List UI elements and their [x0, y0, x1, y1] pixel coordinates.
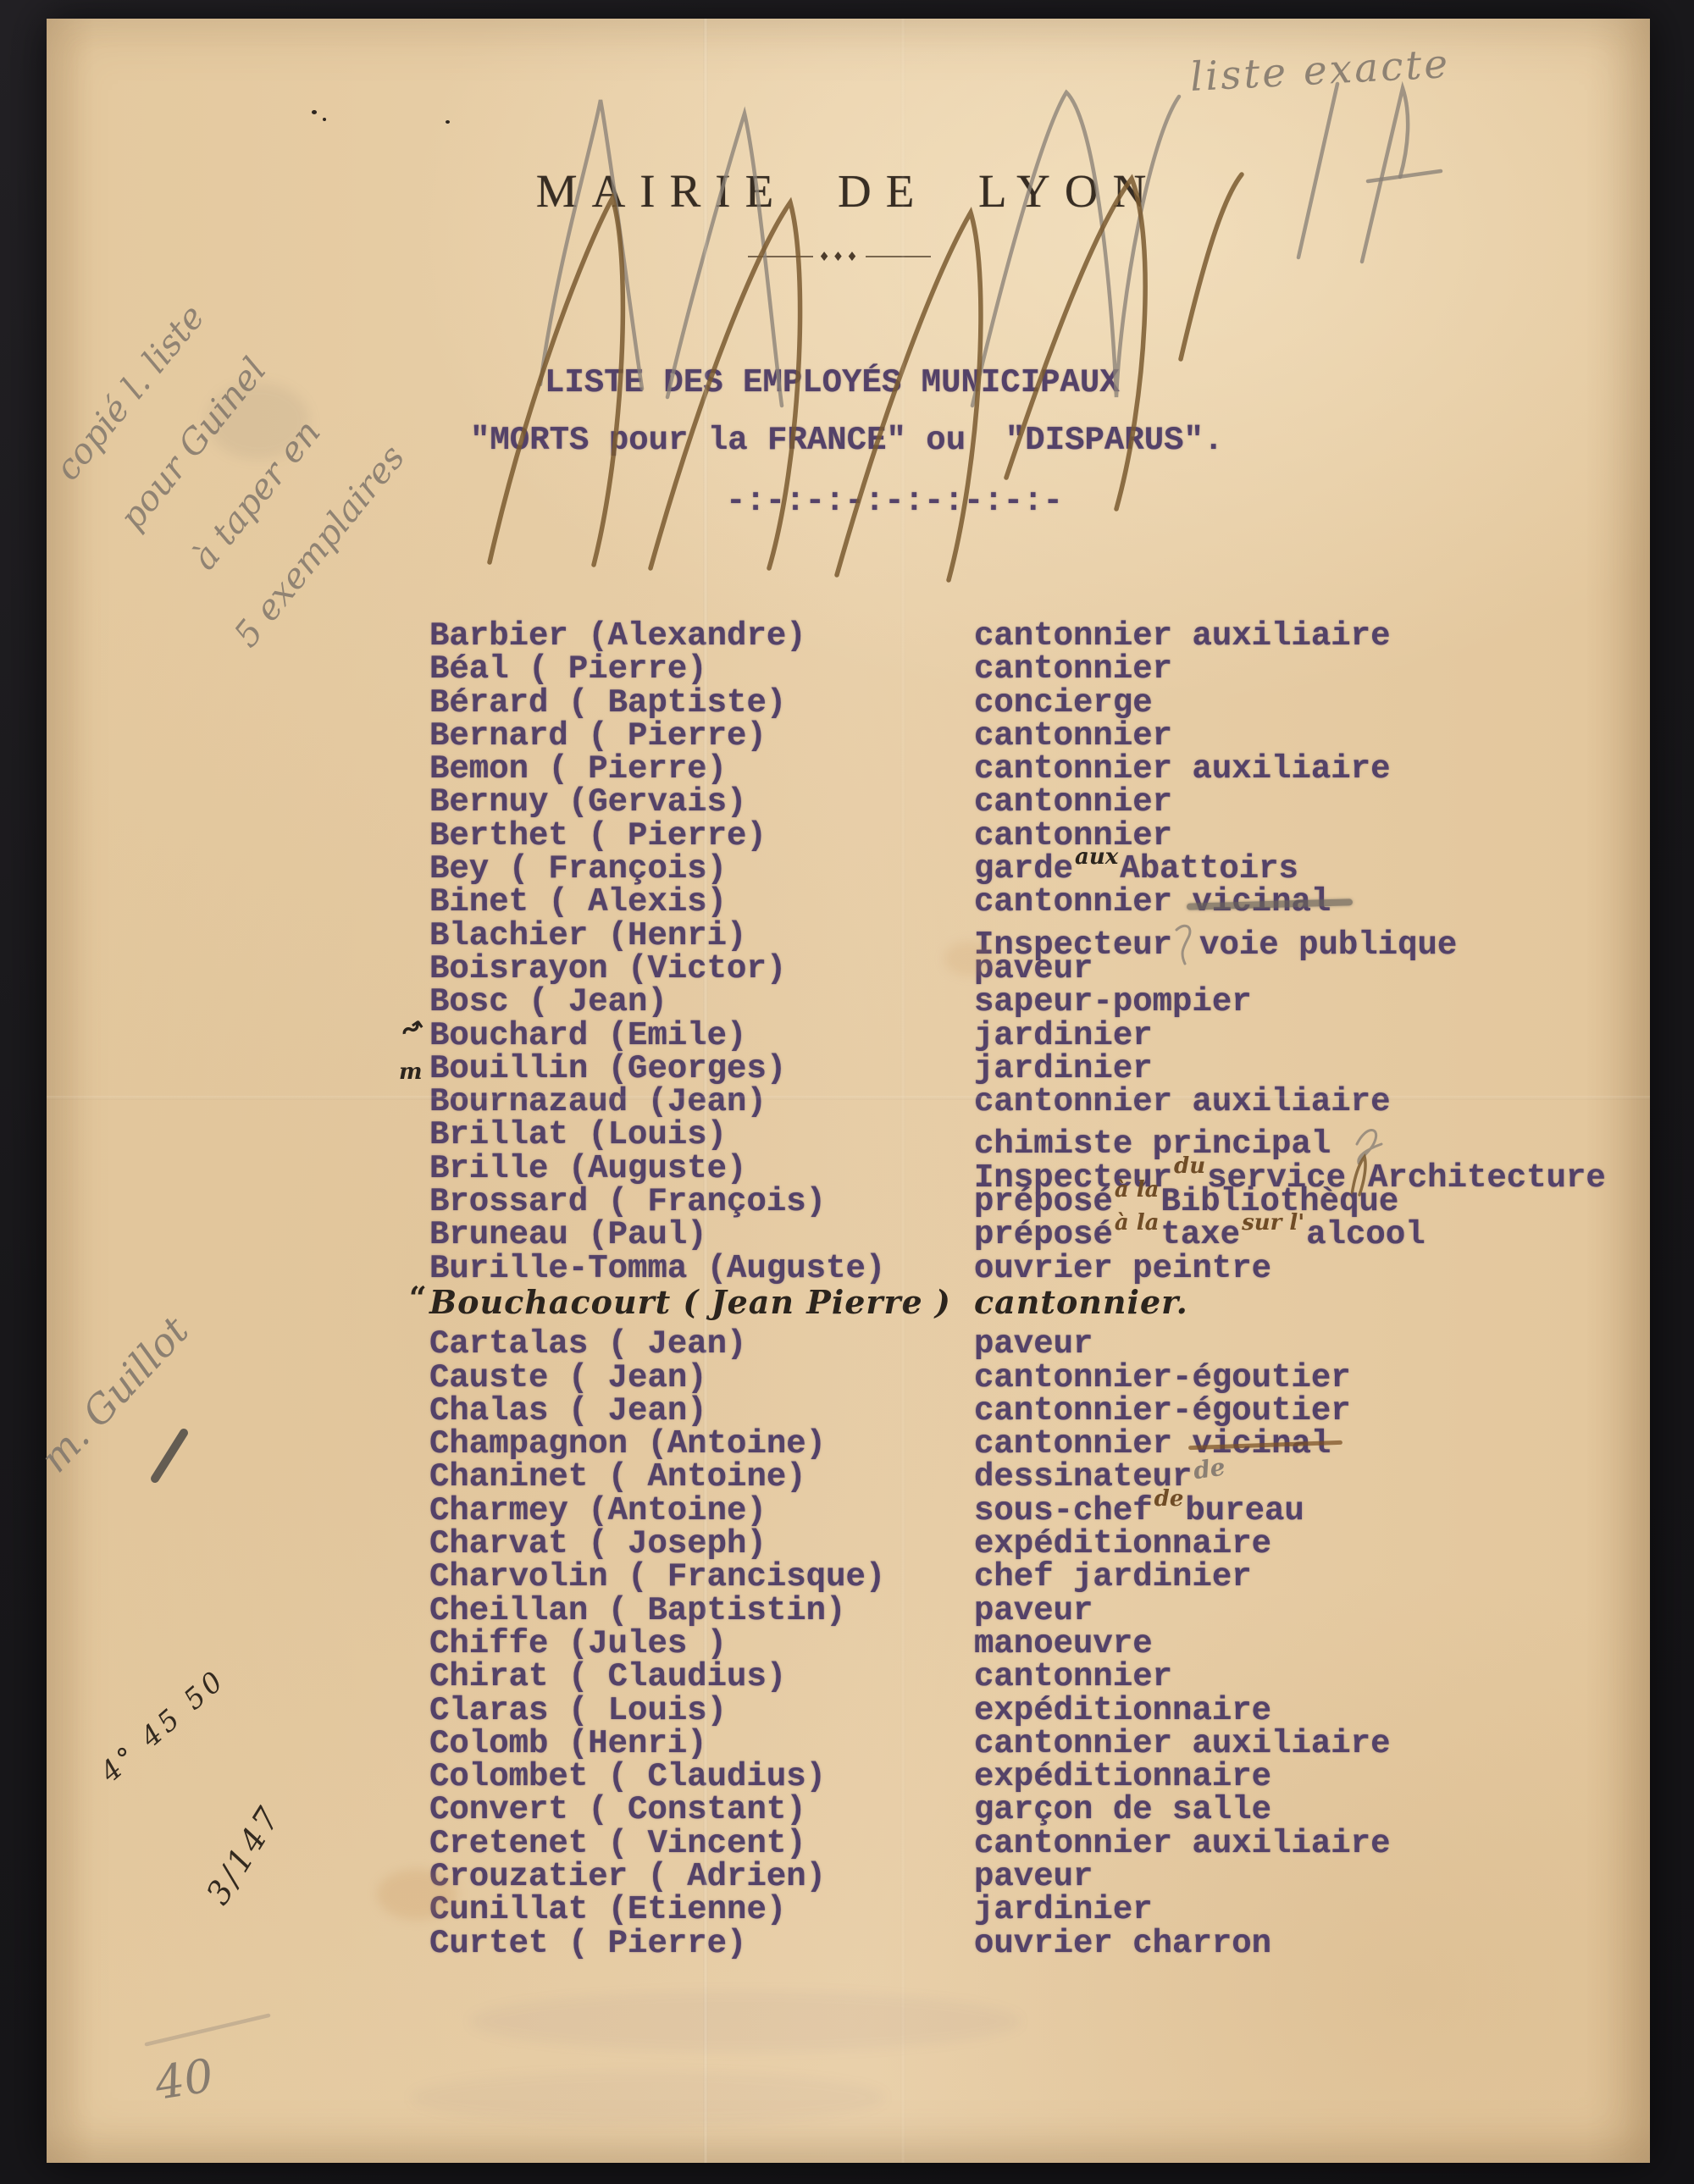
occupation-text: paveur [974, 1858, 1093, 1895]
employee-name: Bournazaud (Jean) [429, 1086, 767, 1119]
document-page: MAIRIE DE LYON ♦♦♦ LISTE DES EMPLOYÉS MU… [47, 19, 1650, 2163]
vertical-crease [703, 19, 708, 2163]
list-row: Champagnon (Antoine)cantonnier vicinal [429, 1428, 1632, 1461]
annotation-pencil-40: 40 [151, 2049, 217, 2110]
employee-name: Causte ( Jean) [429, 1362, 707, 1395]
list-row: Cretenet ( Vincent)cantonnier auxiliaire [429, 1827, 1632, 1861]
occupation-text: expéditionnaire [974, 1525, 1271, 1562]
employee-occupation: cantonnier-égoutier [974, 1362, 1351, 1395]
employee-name: Cunillat (Etienne) [429, 1894, 786, 1927]
occupation-text: jardinier [974, 1891, 1153, 1928]
occupation-text: garçon de salle [974, 1791, 1271, 1828]
list-row: Boisrayon (Victor)paveur [429, 953, 1632, 986]
occupation-text: cantonnier auxiliaire [974, 750, 1390, 788]
list-row: Bey ( François)gardeauxAbattoirs [429, 853, 1632, 886]
occupation-text: alcool [1306, 1216, 1425, 1253]
list-row: Brillat (Louis)chimiste principal [429, 1119, 1632, 1152]
employee-name: Cretenet ( Vincent) [429, 1827, 806, 1861]
list-subtitle-line1: LISTE DES EMPLOYÉS MUNICIPAUX [545, 364, 1120, 401]
employee-name: Chirat ( Claudius) [429, 1661, 786, 1694]
employee-name: Bérard ( Baptiste) [429, 687, 786, 720]
list-row: Causte ( Jean)cantonnier-égoutier [429, 1362, 1632, 1395]
employee-name: Bernard ( Pierre) [429, 720, 767, 753]
employee-occupation: concierge [974, 687, 1153, 720]
pencil-smudge [208, 383, 309, 459]
list-row: Barbier (Alexandre)cantonnier auxiliaire [429, 620, 1632, 653]
employee-name: Bernuy (Gervais) [429, 786, 746, 819]
ornament-rule-left [748, 256, 813, 257]
list-row: Blachier (Henri)Inspecteurvoie publique [429, 920, 1632, 953]
employee-name: Burille-Tomma (Auguste) [429, 1252, 885, 1286]
employee-name: Barbier (Alexandre) [429, 620, 806, 653]
list-row: Bournazaud (Jean)cantonnier auxiliaire [429, 1086, 1632, 1119]
list-row: Curtet ( Pierre)ouvrier charron [429, 1927, 1632, 1960]
employee-occupation: expéditionnaire [974, 1528, 1271, 1561]
horizontal-crease [47, 1096, 1650, 1100]
ornament-rule-right [866, 256, 931, 257]
handwritten-insertion: à la [1115, 1207, 1160, 1240]
employee-name: Convert ( Constant) [429, 1794, 806, 1827]
occupation-text: préposé [974, 1183, 1113, 1220]
employee-name: Charvat ( Joseph) [429, 1528, 767, 1561]
employee-name: Bouillin (Georges) [429, 1053, 786, 1086]
list-row: Cunillat (Etienne)jardinier [429, 1894, 1632, 1927]
occupation-text: paveur [974, 1592, 1093, 1629]
employee-name: Charvolin ( Francisque) [429, 1561, 885, 1594]
list-row: Berthet ( Pierre)cantonnier [429, 820, 1632, 853]
occupation-text: cantonnier [974, 1658, 1172, 1695]
employee-name: Chiffe (Jules ) [429, 1628, 727, 1661]
list-row: Chirat ( Claudius)cantonnier [429, 1661, 1632, 1694]
scan-background: { "header": { "title": "MAIRIE DE LYON",… [0, 0, 1694, 2184]
occupation-text: cantonnier auxiliaire [974, 1725, 1390, 1762]
employee-name: Béal ( Pierre) [429, 653, 707, 686]
employee-name: Bemon ( Pierre) [429, 753, 727, 786]
list-row: Binet ( Alexis)cantonnier vicinal [429, 886, 1632, 919]
list-row: Brille (Auguste)InspecteurduserviceArchi… [429, 1153, 1632, 1186]
typed-separator: -:-:-:-:-:-:-:-:- [726, 483, 1063, 520]
employee-occupation: garçon de salle [974, 1794, 1271, 1827]
employee-occupation: chef jardinier [974, 1561, 1252, 1594]
employee-name: Bey ( François) [429, 853, 727, 886]
occupation-text: sapeur-pompier [974, 983, 1252, 1020]
occupation-text: cantonnier [974, 717, 1172, 755]
employee-occupation: cantonnier. [974, 1286, 1188, 1319]
employee-name: Champagnon (Antoine) [429, 1428, 826, 1461]
annotation-ink-number-2: 3/147 [199, 1798, 289, 1910]
handwritten-insertion: aux [1075, 841, 1118, 874]
annotation-guillot-name: m. Guillot [31, 1308, 197, 1481]
occupation-text: cantonnier-égoutier [974, 1392, 1351, 1429]
employee-occupation: cantonnier [974, 820, 1172, 853]
employee-name: Bosc ( Jean) [429, 986, 667, 1019]
occupation-text: vicinal [1192, 883, 1331, 921]
paper-stain-2 [944, 942, 995, 976]
employee-occupation: paveur [974, 1861, 1093, 1894]
list-row: Bemon ( Pierre)cantonnier auxiliaire [429, 753, 1632, 786]
list-row: Colombet ( Claudius)expéditionnaire [429, 1761, 1632, 1794]
list-row: Charvat ( Joseph)expéditionnaire [429, 1528, 1632, 1561]
list-subtitle-line2: "MORTS pour la FRANCE" ou "DISPARUS". [470, 422, 1223, 459]
employee-occupation: cantonnier [974, 1661, 1172, 1694]
employee-occupation: cantonnier auxiliaire [974, 1827, 1390, 1861]
occupation-text: expéditionnaire [974, 1758, 1271, 1795]
list-row: Colomb (Henri)cantonnier auxiliaire [429, 1728, 1632, 1761]
list-row: Chaninet ( Antoine)dessinateurde [429, 1461, 1632, 1494]
employee-occupation: cantonnier auxiliaire [974, 620, 1390, 653]
employee-occupation: expéditionnaire [974, 1695, 1271, 1728]
employee-occupation: jardinier [974, 1053, 1153, 1086]
occupation-text: cantonnier [974, 817, 1172, 854]
employee-occupation: cantonnier auxiliaire [974, 1086, 1390, 1119]
employee-occupation: paveur [974, 1595, 1093, 1628]
employee-name: Curtet ( Pierre) [429, 1927, 746, 1960]
employee-name: Crouzatier ( Adrien) [429, 1861, 826, 1894]
handwritten-insertion: à la [1115, 1174, 1160, 1207]
occupation-text: cantonnier auxiliaire [974, 1825, 1390, 1862]
employee-occupation: expéditionnaire [974, 1761, 1271, 1794]
occupation-text: cantonnier [974, 1425, 1192, 1462]
list-row: Bérard ( Baptiste)concierge [429, 687, 1632, 720]
employee-occupation: sapeur-pompier [974, 986, 1252, 1019]
list-row: Burille-Tomma (Auguste)ouvrier peintre [429, 1252, 1632, 1286]
list-row: Cartalas ( Jean)paveur [429, 1328, 1632, 1361]
list-row: “Bouchacourt ( Jean Pierre )cantonnier. [429, 1286, 1632, 1319]
list-row: Chiffe (Jules )manoeuvre [429, 1628, 1632, 1661]
ink-speck [323, 118, 326, 121]
handwritten-insertion: du [1174, 1150, 1205, 1183]
employee-name: Berthet ( Pierre) [429, 820, 767, 853]
occupation-text: manoeuvre [974, 1625, 1153, 1662]
list-row: ↝Bouchard (Emile)jardinier [429, 1020, 1632, 1053]
employee-occupation: cantonnier auxiliaire [974, 753, 1390, 786]
list-row: Cheillan ( Baptistin)paveur [429, 1595, 1632, 1628]
list-row: Bernuy (Gervais)cantonnier [429, 786, 1632, 819]
verso-ghosting-2 [411, 2072, 885, 2123]
handwritten-insertion: de [1154, 1483, 1184, 1516]
list-row: Bruneau (Paul)préposéà lataxesur l'alcoo… [429, 1219, 1632, 1252]
list-row: Charvolin ( Francisque)chef jardinier [429, 1561, 1632, 1594]
employee-occupation: cantonnier [974, 653, 1172, 686]
occupation-text: cantonnier auxiliaire [974, 617, 1390, 655]
occupation-text: ouvrier peintre [974, 1250, 1271, 1287]
occupation-text: chef jardinier [974, 1558, 1252, 1595]
occupation-text: cantonnier-égoutier [974, 1359, 1351, 1396]
occupation-text: jardinier [974, 1017, 1153, 1054]
occupation-text: cantonnier [974, 783, 1172, 821]
ornament-diamonds-icon: ♦♦♦ [813, 249, 865, 264]
employee-name: Bouchacourt ( Jean Pierre ) [429, 1286, 951, 1319]
employee-name: Charmey (Antoine) [429, 1495, 767, 1528]
employee-name: Colombet ( Claudius) [429, 1761, 826, 1794]
employee-name: Claras ( Louis) [429, 1695, 727, 1728]
occupation-text: jardinier [974, 1050, 1153, 1087]
occupation-text: préposé [974, 1216, 1113, 1253]
employee-occupation: cantonnier vicinal [974, 1428, 1331, 1461]
employee-occupation: jardinier [974, 1020, 1153, 1053]
employee-name: Cheillan ( Baptistin) [429, 1595, 845, 1628]
employee-name: Boisrayon (Victor) [429, 953, 786, 986]
list-row: Bosc ( Jean)sapeur-pompier [429, 986, 1632, 1019]
employee-occupation: cantonnier vicinal [974, 886, 1331, 919]
occupation-text: paveur [974, 1325, 1093, 1363]
occupation-text: garde [974, 850, 1073, 887]
handwritten-insertion: de [1192, 1451, 1228, 1488]
occupation-text: cantonnier [974, 883, 1192, 921]
employee-occupation: cantonnier [974, 720, 1172, 753]
pencil-scribble-title [540, 100, 642, 389]
employee-occupation: ouvrier charron [974, 1927, 1271, 1960]
employee-occupation: dessinateurde [974, 1461, 1227, 1494]
occupation-text: ouvrier charron [974, 1925, 1271, 1962]
pencil-dash-guillot [155, 1433, 184, 1479]
verso-ghosting [470, 1992, 1021, 2051]
employee-name: Chaninet ( Antoine) [429, 1461, 806, 1494]
employee-name: Binet ( Alexis) [429, 886, 727, 919]
employee-occupation: manoeuvre [974, 1628, 1153, 1661]
annotation-ink-number-1: 4° 45 50 [94, 1662, 232, 1789]
list-row: Charmey (Antoine)sous-chefdebureau [429, 1495, 1632, 1528]
occupation-text: expéditionnaire [974, 1692, 1271, 1729]
employee-name: Bruneau (Paul) [429, 1219, 707, 1252]
list-row: mBouillin (Georges)jardinier [429, 1053, 1632, 1086]
employee-occupation: cantonnier-égoutier [974, 1395, 1351, 1428]
employee-occupation: jardinier [974, 1894, 1153, 1927]
paper-stain [377, 1869, 457, 1920]
employee-occupation: paveur [974, 1328, 1093, 1361]
handwritten-insertion: sur l' [1242, 1207, 1304, 1240]
occupation-text: taxe [1160, 1216, 1240, 1253]
occupation-text: cantonnier. [974, 1283, 1188, 1321]
margin-mark-m: m [399, 1056, 423, 1089]
employee-name: Bouchard (Emile) [429, 1020, 746, 1053]
occupation-text: sous-chef [974, 1492, 1153, 1529]
employee-name: Chalas ( Jean) [429, 1395, 707, 1428]
list-row: Brossard ( François)préposéà laBibliothè… [429, 1186, 1632, 1219]
occupation-text: Abattoirs [1120, 850, 1298, 887]
list-row: Crouzatier ( Adrien)paveur [429, 1861, 1632, 1894]
employee-occupation: préposéà lataxesur l'alcool [974, 1219, 1426, 1253]
vertical-crease-2 [900, 19, 905, 2163]
annotation-liste-exacte: liste exacte [1189, 41, 1452, 101]
margin-mark-quote: “ [409, 1282, 427, 1315]
employee-occupation: cantonnier auxiliaire [974, 1728, 1390, 1761]
employee-list: Barbier (Alexandre)cantonnier auxiliaire… [429, 620, 1632, 1960]
employee-name: Brillat (Louis) [429, 1119, 727, 1152]
employee-name: Colomb (Henri) [429, 1728, 707, 1761]
employee-name: Brossard ( François) [429, 1186, 826, 1219]
ink-speck [446, 120, 450, 124]
employee-name: Blachier (Henri) [429, 920, 746, 953]
list-row: Béal ( Pierre)cantonnier [429, 653, 1632, 686]
employee-occupation: ouvrier peintre [974, 1252, 1271, 1286]
list-row: Bernard ( Pierre)cantonnier [429, 720, 1632, 753]
list-row: Claras ( Louis)expéditionnaire [429, 1695, 1632, 1728]
occupation-text: concierge [974, 684, 1153, 722]
occupation-text: cantonnier [974, 650, 1172, 688]
occupation-text: cantonnier auxiliaire [974, 1083, 1390, 1120]
list-row: Convert ( Constant)garçon de salle [429, 1794, 1632, 1827]
occupation-text: bureau [1185, 1492, 1304, 1529]
employee-occupation: cantonnier [974, 786, 1172, 819]
margin-mark-arrow: ↝ [393, 1008, 429, 1048]
ink-speck [312, 110, 317, 114]
employee-name: Brille (Auguste) [429, 1153, 746, 1186]
employee-occupation: sous-chefdebureau [974, 1495, 1304, 1529]
employee-name: Cartalas ( Jean) [429, 1328, 746, 1361]
list-row: Chalas ( Jean)cantonnier-égoutier [429, 1395, 1632, 1428]
